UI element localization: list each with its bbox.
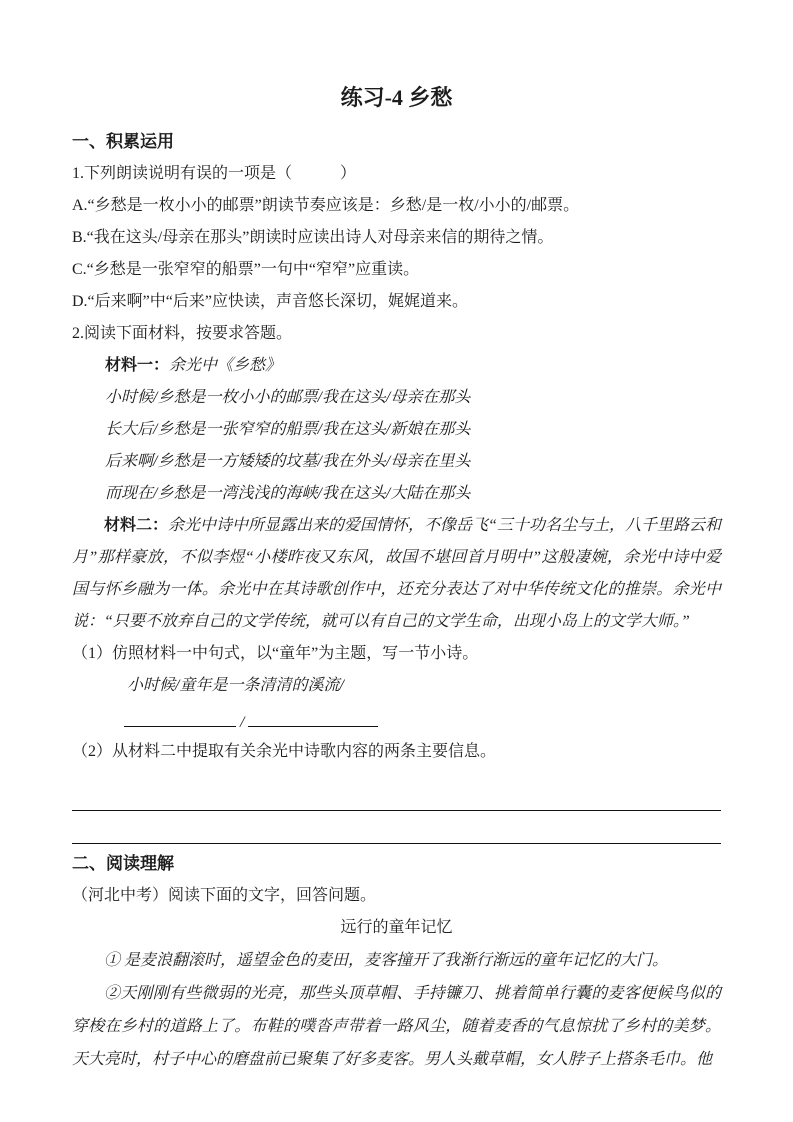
fill-blank-2 xyxy=(248,702,378,727)
material-2-text: 余光中诗中所显露出来的爱国情怀，不像岳飞“三十功名尘与土，八千里路云和月”那样豪… xyxy=(72,517,721,630)
question-2-stem: 2.阅读下面材料，按要求答题。 xyxy=(72,318,721,350)
section-2-heading: 二、阅读理解 xyxy=(72,848,721,880)
material-1-source: 余光中《乡愁》 xyxy=(169,357,281,374)
reading-intro: （河北中考）阅读下面的文字，回答问题。 xyxy=(72,880,721,912)
material-1-label: 材料一： xyxy=(105,357,169,374)
poem-line-1: 小时候/乡愁是一枚小小的邮票/我在这头/母亲在那头 xyxy=(72,382,721,414)
poem-line-4: 而现在/乡愁是一湾浅浅的海峡/我在这头/大陆在那头 xyxy=(72,478,721,510)
material-2-paragraph: 材料二：余光中诗中所显露出来的爱国情怀，不像岳飞“三十功名尘与土，八千里路云和月… xyxy=(72,510,721,638)
material-2-label: 材料二： xyxy=(104,517,168,534)
passage-title: 远行的童年记忆 xyxy=(72,912,721,944)
poem-line-3: 后来啊/乡愁是一方矮矮的坟墓/我在外头/母亲在里头 xyxy=(72,446,721,478)
section-1-heading: 一、积累运用 xyxy=(72,126,721,158)
question-1-option-b: B.“我在这头/母亲在那头”朗读时应读出诗人对母亲来信的期待之情。 xyxy=(72,222,721,254)
material-1-heading: 材料一：余光中《乡愁》 xyxy=(72,350,721,382)
question-1-stem: 1.下列朗读说明有误的一项是（ ） xyxy=(72,158,721,190)
poem-fill-blanks: / xyxy=(72,702,721,736)
poem-line-2: 长大后/乡愁是一张窄窄的船票/我在这头/新娘在那头 xyxy=(72,414,721,446)
page-title: 练习-4 乡愁 xyxy=(72,84,721,112)
question-1-option-a: A.“乡愁是一枚小小的邮票”朗读节奏应该是：乡愁/是一枚/小小的/邮票。 xyxy=(72,190,721,222)
fill-blank-1 xyxy=(124,702,236,727)
answer-line-2 xyxy=(72,811,721,844)
question-1-option-d: D.“后来啊”中“后来”应快读，声音悠长深切，娓娓道来。 xyxy=(72,286,721,318)
answer-line-1 xyxy=(72,778,721,811)
sub-question-1-stem: （1）仿照材料一中句式，以“童年”为主题，写一节小诗。 xyxy=(72,638,721,670)
slash-separator: / xyxy=(236,714,248,731)
poem-example-line: 小时候/童年是一条清清的溪流/ xyxy=(72,670,721,702)
passage-paragraph-2: ②天刚刚有些微弱的光亮，那些头顶草帽、手持镰刀、挑着简单行囊的麦客便候鸟似的穿梭… xyxy=(72,977,721,1076)
passage-paragraph-1: ① 是麦浪翻滚时，遥望金色的麦田，麦客撞开了我渐行渐远的童年记忆的大门。 xyxy=(72,944,721,977)
worksheet-page: 练习-4 乡愁 一、积累运用 1.下列朗读说明有误的一项是（ ） A.“乡愁是一… xyxy=(0,0,793,1122)
sub-question-2-stem: （2）从材料二中提取有关余光中诗歌内容的两条主要信息。 xyxy=(72,736,721,768)
question-1-option-c: C.“乡愁是一张窄窄的船票”一句中“窄窄”应重读。 xyxy=(72,254,721,286)
